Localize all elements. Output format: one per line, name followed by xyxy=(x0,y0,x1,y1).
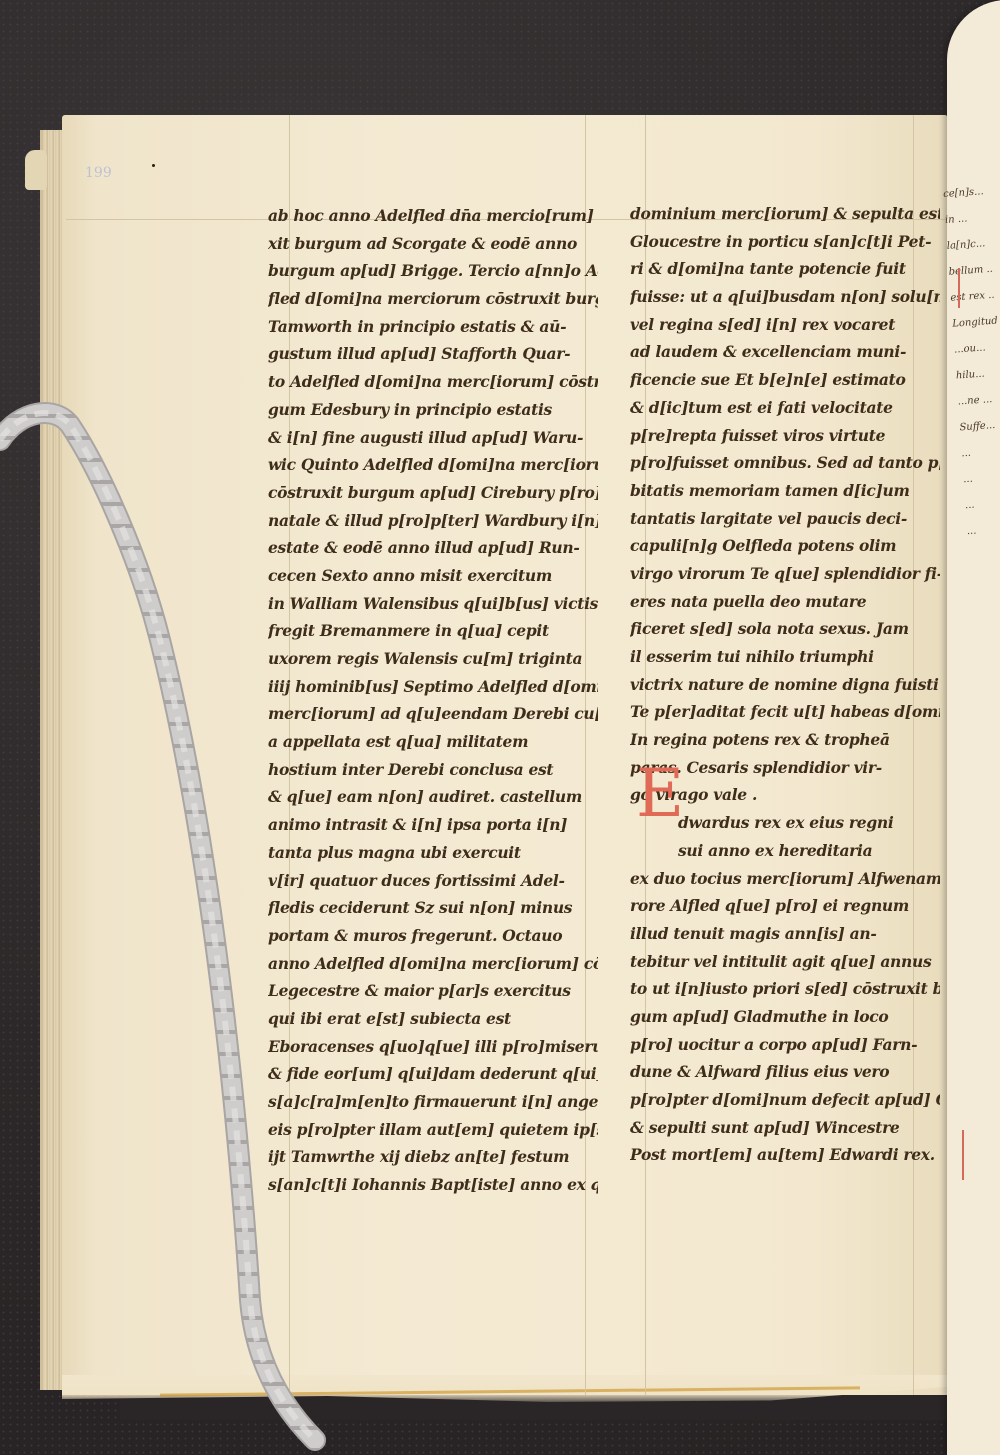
text-line: Longitud... xyxy=(951,309,998,338)
text-line: portam & muros fregerunt. Octauo xyxy=(268,922,598,950)
ink-dot xyxy=(152,164,155,167)
text-line: hilu... xyxy=(955,360,1000,389)
text-line: eis p[ro]pter illam aut[em] quietem ip[s… xyxy=(268,1116,598,1144)
text-line: vel regina s[ed] i[n] rex vocaret xyxy=(630,311,940,339)
text-line: in ... xyxy=(944,205,991,234)
text-line: cecen Sexto anno misit exercitum xyxy=(268,562,598,590)
text-line: & d[ic]tum est ei fati velocitate xyxy=(630,394,940,422)
text-line: virgo virorum Te q[ue] splendidior fi- xyxy=(630,560,940,588)
text-line: Gloucestre in porticu s[an]c[t]i Pet- xyxy=(630,228,940,256)
text-line: fledis ceciderunt Sz sui n[on] minus xyxy=(268,894,598,922)
text-line: la[n]c... xyxy=(946,231,993,260)
text-line: il esserim tui nihilo triumphi xyxy=(630,643,940,671)
text-line: In regina potens rex & tropheā xyxy=(630,726,940,754)
text-line: illud tenuit magis ann[is] an- xyxy=(630,920,940,948)
text-line: ... xyxy=(960,438,1000,467)
text-line: dune & Alfward filius eius vero xyxy=(630,1058,940,1086)
text-line: eres nata puella deo mutare xyxy=(630,588,940,616)
text-line: bellum ... xyxy=(948,257,995,286)
text-line: capuli[n]g Oelfleda potens olim xyxy=(630,532,940,560)
text-line: p[re]repta fuisset viros virtute xyxy=(630,422,940,450)
text-line: ...ou... xyxy=(953,334,1000,363)
text-line: ficencie sue Et b[e]n[e] estimato xyxy=(630,366,940,394)
text-line: Tamworth in principio estatis & aū- xyxy=(268,313,598,341)
text-line: ad laudem & excellenciam muni- xyxy=(630,338,940,366)
right-text-column: dominium merc[iorum] & sepulta est ap[ud… xyxy=(630,200,940,1169)
text-line: p[ro] uocitur a corpo ap[ud] Farn- xyxy=(630,1031,940,1059)
text-line: ...ne ... xyxy=(957,386,1000,415)
text-line: fregit Bremanmere in q[ua] cepit xyxy=(268,617,598,645)
text-line: p[ro]pter d[omi]num defecit ap[ud] Oxefo… xyxy=(630,1086,940,1114)
text-line: estate & eodē anno illud ap[ud] Run- xyxy=(268,534,598,562)
text-line: ... xyxy=(962,464,1000,493)
text-line: iiij hominib[us] Septimo Adelfled d[omi]… xyxy=(268,673,598,701)
text-line: Eboracenses q[uo]q[ue] illi p[ro]miserun… xyxy=(268,1033,598,1061)
text-line: qui ibi erat e[st] subiecta est xyxy=(268,1005,598,1033)
text-line: natale & illud p[ro]p[ter] Wardbury i[n] xyxy=(268,507,598,535)
text-line: dominium merc[iorum] & sepulta est ap[ud… xyxy=(630,200,940,228)
text-line: Te p[er]aditat fecit u[t] habeas d[omi]n… xyxy=(630,698,940,726)
text-line: ce[n]s... xyxy=(942,179,989,208)
text-line: tebitur vel intitulit agit q[ue] annus xyxy=(630,948,940,976)
text-line: & i[n] fine augusti illud ap[ud] Waru- xyxy=(268,424,598,452)
text-line: uxorem regis Walensis cu[m] triginta xyxy=(268,645,598,673)
text-line: est rex ... xyxy=(950,283,997,312)
text-line: ri & d[omi]na tante potencie fuit xyxy=(630,255,940,283)
text-line: & sepulti sunt ap[ud] Wincestre xyxy=(630,1114,940,1142)
text-line: to Adelfled d[omi]na merc[iorum] cōstrux… xyxy=(268,368,598,396)
left-text-column: ab hoc anno Adelfled dn̄a mercio[rum] cō… xyxy=(268,202,598,1199)
text-line: v[ir] quatuor duces fortissimi Adel- xyxy=(268,867,598,895)
text-line: s[a]c[ra]m[en]to firmauerunt i[n] angelu… xyxy=(268,1088,598,1116)
text-line: rore Alfled q[ue] p[ro] ei regnum xyxy=(630,892,940,920)
text-line: burgum ap[ud] Brigge. Tercio a[nn]o Adel… xyxy=(268,257,598,285)
text-line: tantatis largitate vel paucis deci- xyxy=(630,505,940,533)
text-line: ... xyxy=(966,516,1000,545)
text-line: gum ap[ud] Gladmuthe in loco xyxy=(630,1003,940,1031)
recto-red-initial xyxy=(962,1130,964,1180)
text-line: merc[iorum] ad q[u]eendam Derebi cu[m] p… xyxy=(268,700,598,728)
text-line: animo intrasit & i[n] ipsa porta i[n] xyxy=(268,811,598,839)
red-initial-letter: E xyxy=(636,764,688,824)
folio-number: 199 xyxy=(85,165,112,181)
text-line: & fide eor[um] q[ui]dam dederunt q[ui]da… xyxy=(268,1060,598,1088)
text-line: a appellata est q[ua] militatem xyxy=(268,728,598,756)
text-line: ab hoc anno Adelfled dn̄a mercio[rum] cō… xyxy=(268,202,598,230)
text-line: ijt Tamwrthe xij diebz an[te] festum xyxy=(268,1143,598,1171)
text-line: fuisse: ut a q[ui]busdam n[on] solu[m] d… xyxy=(630,283,940,311)
text-line: s[an]c[t]i Iohannis Bapt[iste] anno ex q… xyxy=(268,1171,598,1199)
text-line: fled d[omi]na merciorum cōstruxit burgum xyxy=(268,285,598,313)
text-line: to ut i[n]iusto priori s[ed] cōstruxit b… xyxy=(630,975,940,1003)
text-line: victrix nature de nomine digna fuisti xyxy=(630,671,940,699)
text-line: bitatis memoriam tamen d[ic]um xyxy=(630,477,940,505)
text-line: ficeret s[ed] sola nota sexus. Jam xyxy=(630,615,940,643)
text-line: cōstruxit burgum ap[ud] Cirebury p[ro]p[… xyxy=(268,479,598,507)
text-line: ... xyxy=(964,490,1000,519)
text-line: gustum illud ap[ud] Stafforth Quar- xyxy=(268,340,598,368)
text-line: tanta plus magna ubi exercuit xyxy=(268,839,598,867)
text-line: ex duo tocius merc[iorum] Alfwenam so- xyxy=(630,865,940,893)
text-line: p[ro]fuisset omnibus. Sed ad tanto p[ro]… xyxy=(630,449,940,477)
recto-red-initial xyxy=(958,268,960,308)
text-line: wic Quinto Adelfled d[omi]na merc[iorum] xyxy=(268,451,598,479)
text-line: in Walliam Walensibus q[ui]b[us] victis: xyxy=(268,590,598,618)
text-line: gum Edesbury in principio estatis xyxy=(268,396,598,424)
text-line: & q[ue] eam n[on] audiret. castellum xyxy=(268,783,598,811)
text-line: hostium inter Derebi conclusa est xyxy=(268,756,598,784)
text-line: Suffe... xyxy=(959,412,1000,441)
text-line: xit burgum ad Scorgate & eodē anno xyxy=(268,230,598,258)
text-line: Post mort[em] au[tem] Edwardi rex. xyxy=(630,1141,940,1169)
text-line: anno Adelfled d[omi]na merc[iorum] cōqui… xyxy=(268,950,598,978)
page-stack-curl xyxy=(25,150,47,190)
text-line: Legecestre & maior p[ar]s exercitus xyxy=(268,977,598,1005)
text-line: sui anno ex hereditaria xyxy=(630,837,940,865)
